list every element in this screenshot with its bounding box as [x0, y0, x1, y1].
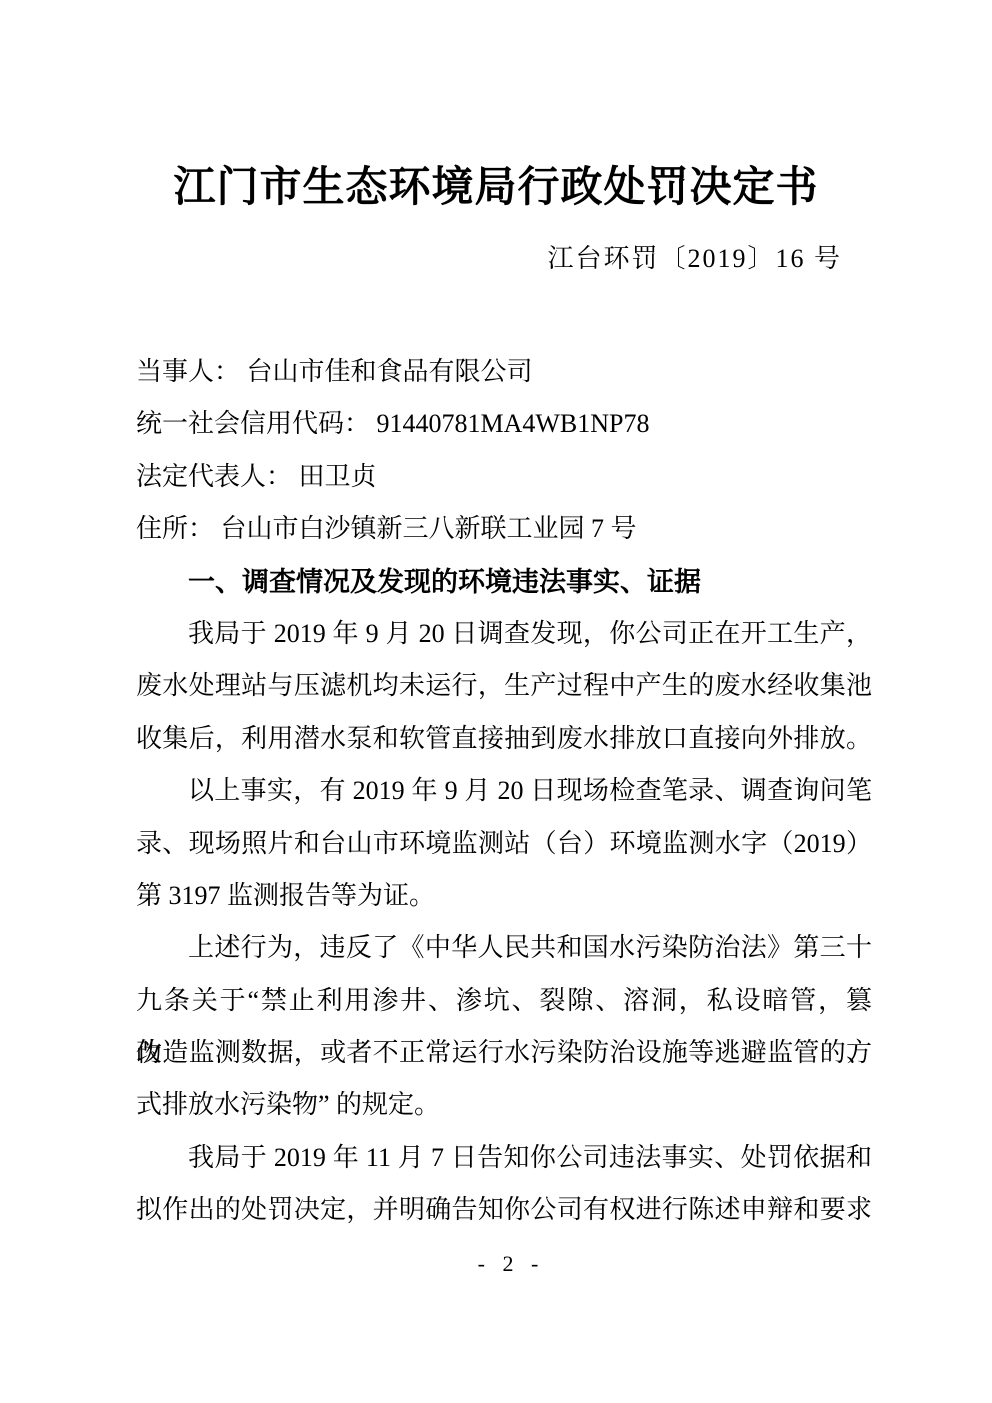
paragraph-line: 拟作出的处罚决定，并明确告知你公司有权进行陈述申辩和要求	[136, 1184, 872, 1236]
paragraph-line: 伪造监测数据，或者不正常运行水污染防治设施等逃避监管的方	[136, 1027, 872, 1079]
paragraph-line: 我局于 2019 年 9 月 20 日调查发现，你公司正在开工生产，	[136, 608, 872, 660]
document-body: 当事人： 台山市佳和食品有限公司 统一社会信用代码： 91440781MA4WB…	[136, 346, 872, 1237]
paragraph-line: 第 3197 监测报告等为证。	[136, 870, 872, 922]
paragraph-line: 以上事实，有 2019 年 9 月 20 日现场检查笔录、调查询问笔	[136, 765, 872, 817]
paragraph-line: 废水处理站与压滤机均未运行，生产过程中产生的废水经收集池	[136, 660, 872, 712]
legal-representative-line: 法定代表人： 田卫贞	[136, 451, 872, 503]
party-line: 当事人： 台山市佳和食品有限公司	[136, 346, 872, 398]
paragraph-line: 式排放水污染物” 的规定。	[136, 1079, 872, 1131]
paragraph-line: 收集后，利用潜水泵和软管直接抽到废水排放口直接向外排放。	[136, 713, 872, 765]
page-number: - 2 -	[0, 1248, 992, 1280]
page-title: 江门市生态环境局行政处罚决定书	[0, 162, 992, 214]
credit-code-line: 统一社会信用代码： 91440781MA4WB1NP78	[136, 398, 872, 450]
document-page: 江门市生态环境局行政处罚决定书 江台环罚〔2019〕16 号 当事人： 台山市佳…	[0, 0, 992, 1403]
document-number: 江台环罚〔2019〕16 号	[0, 242, 992, 276]
paragraph-line: 我局于 2019 年 11 月 7 日告知你公司违法事实、处罚依据和	[136, 1132, 872, 1184]
paragraph-line: 九条关于“禁止利用渗井、渗坑、裂隙、溶洞，私设暗管，篡改、	[136, 975, 872, 1027]
paragraph-line: 上述行为，违反了《中华人民共和国水污染防治法》第三十	[136, 922, 872, 974]
address-line: 住所： 台山市白沙镇新三八新联工业园 7 号	[136, 503, 872, 555]
paragraph-line: 录、现场照片和台山市环境监测站（台）环境监测水字（2019）	[136, 818, 872, 870]
section-heading: 一、调查情况及发现的环境违法事实、证据	[136, 556, 872, 608]
